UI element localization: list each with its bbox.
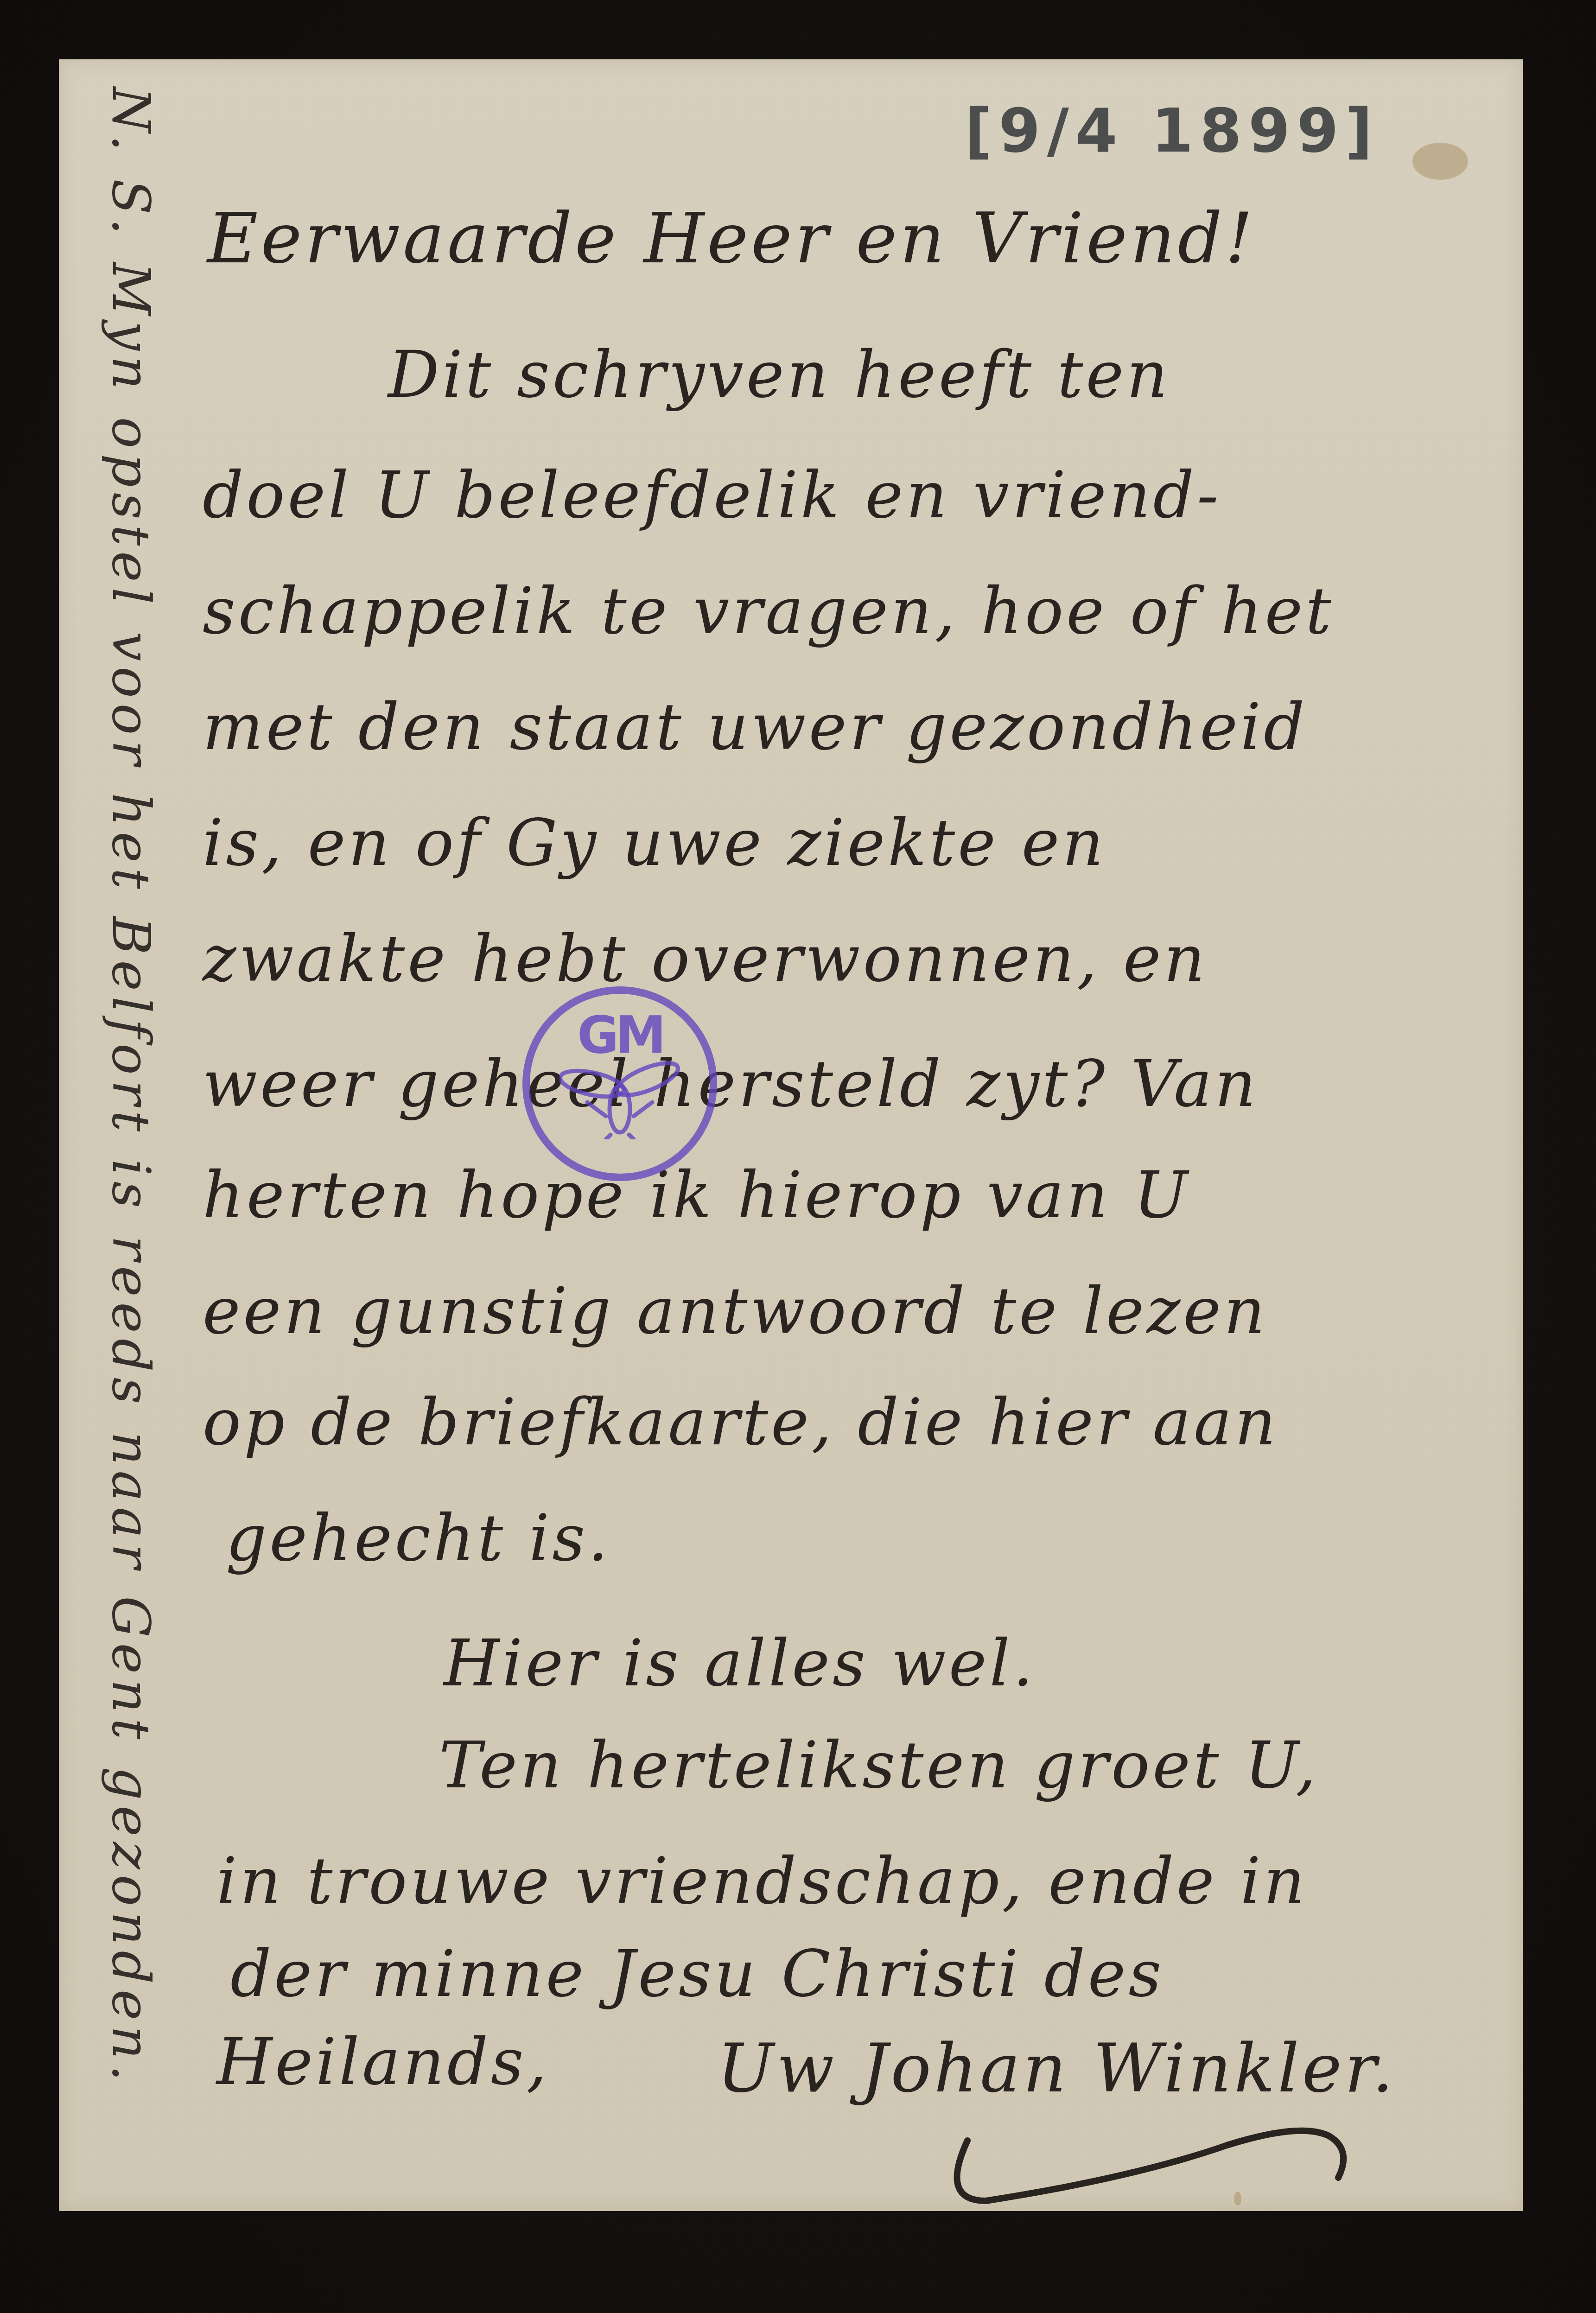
closing-line: Hier is alles wel. [444, 1626, 1036, 1701]
archive-date-annotation: [9/4 1899] [965, 95, 1379, 166]
signature: Uw Johan Winkler. [717, 2029, 1396, 2108]
body-line: zwakte hebt overwonnen, en [203, 921, 1208, 996]
paper-stain [1234, 2192, 1241, 2205]
body-line: is, en of Gy uwe ziekte en [203, 806, 1106, 880]
body-line: een gunstig antwoord te lezen [203, 1274, 1268, 1348]
body-line: met den staat uwer gezondheid [203, 690, 1307, 764]
body-line: herten hope ik hierop van U [203, 1158, 1190, 1233]
body-line: op de briefkaarte, die hier aan [203, 1385, 1278, 1460]
body-line: weer geheel hersteld zyt? Van [203, 1047, 1259, 1121]
closing-line: Ten herteliksten groet U, [439, 1728, 1319, 1803]
purple-ownership-stamp: GM [522, 986, 717, 1181]
stamp-monogram: GM [577, 1010, 662, 1061]
body-line: doel U beleefdelik en vriend- [203, 458, 1221, 533]
closing-line: der minne Jesu Christi des [230, 1937, 1164, 2011]
bee-icon [560, 1061, 680, 1139]
body-line: Dit schryven heeft ten [388, 337, 1170, 412]
closing-line: Heilands, [216, 2025, 549, 2099]
paper-stain [1412, 143, 1468, 180]
body-line: schappelik te vragen, hoe of het [203, 574, 1334, 648]
letter-sheet: [9/4 1899] N. S. Myn opstel voor het Bel… [59, 59, 1523, 2211]
closing-line: in trouwe vriendschap, ende in [216, 1844, 1308, 1919]
salutation: Eerwaarde Heer en Vriend! [207, 198, 1256, 279]
signature-flourish [949, 2108, 1366, 2229]
body-line: gehecht is. [226, 1501, 611, 1576]
side-note-postscript: N. S. Myn opstel voor het Belfort is ree… [98, 87, 163, 2173]
